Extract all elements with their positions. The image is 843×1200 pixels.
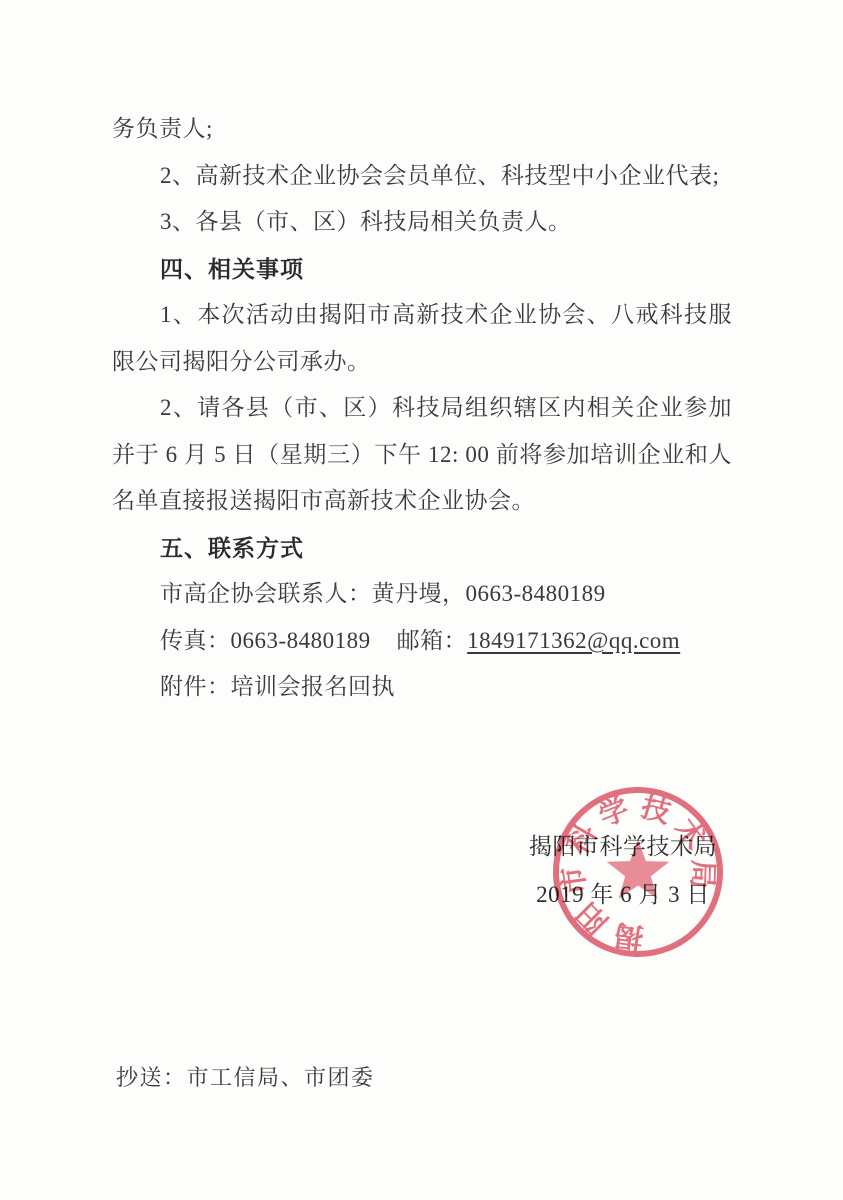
signature-agency: 揭阳市科学技术局: [455, 823, 791, 871]
fax-number: 传真：0663-8480189: [160, 628, 371, 653]
document-page: 务负责人; 2、高新技术企业协会会员单位、科技型中小企业代表; 3、各县（市、区…: [0, 0, 843, 1200]
attachment-line: 附件：培训会报名回执: [112, 664, 732, 711]
signature-block: 揭阳市科学技术局 2019 年 6 月 3 日: [455, 823, 791, 919]
body-line-notes-1b: 限公司揭阳分公司承办。: [112, 339, 732, 386]
body-line-item-2: 2、高新技术企业协会会员单位、科技型中小企业代表;: [112, 153, 732, 200]
body-line-notes-2b: 并于 6 月 5 日（星期三）下午 12: 00 前将参加培训企业和人员: [112, 432, 732, 479]
cc-line: 抄送：市工信局、市团委: [116, 1060, 375, 1096]
section-heading-4: 四、相关事项: [112, 246, 732, 293]
signature-date: 2019 年 6 月 3 日: [455, 871, 791, 919]
body-line-notes-2a: 2、请各县（市、区）科技局组织辖区内相关企业参加培训，: [112, 385, 732, 432]
contact-person-line: 市高企协会联系人：黄丹墁，0663-8480189: [112, 571, 732, 618]
seal-ring-char: 揭: [612, 918, 645, 955]
body-line-notes-1a: 1、本次活动由揭阳市高新技术企业协会、八戒科技服务有: [112, 292, 732, 339]
section-heading-5: 五、联系方式: [112, 525, 732, 572]
body-line-notes-2c: 名单直接报送揭阳市高新技术企业协会。: [112, 478, 732, 525]
email-address: 1849171362@qq.com: [467, 628, 680, 653]
email-label: 邮箱：: [397, 628, 468, 653]
fax-email-line: 传真：0663-8480189邮箱：1849171362@qq.com: [112, 618, 732, 665]
document-body: 务负责人; 2、高新技术企业协会会员单位、科技型中小企业代表; 3、各县（市、区…: [112, 106, 732, 711]
body-line-item-3: 3、各县（市、区）科技局相关负责人。: [112, 199, 732, 246]
body-line-continuation: 务负责人;: [112, 106, 732, 153]
